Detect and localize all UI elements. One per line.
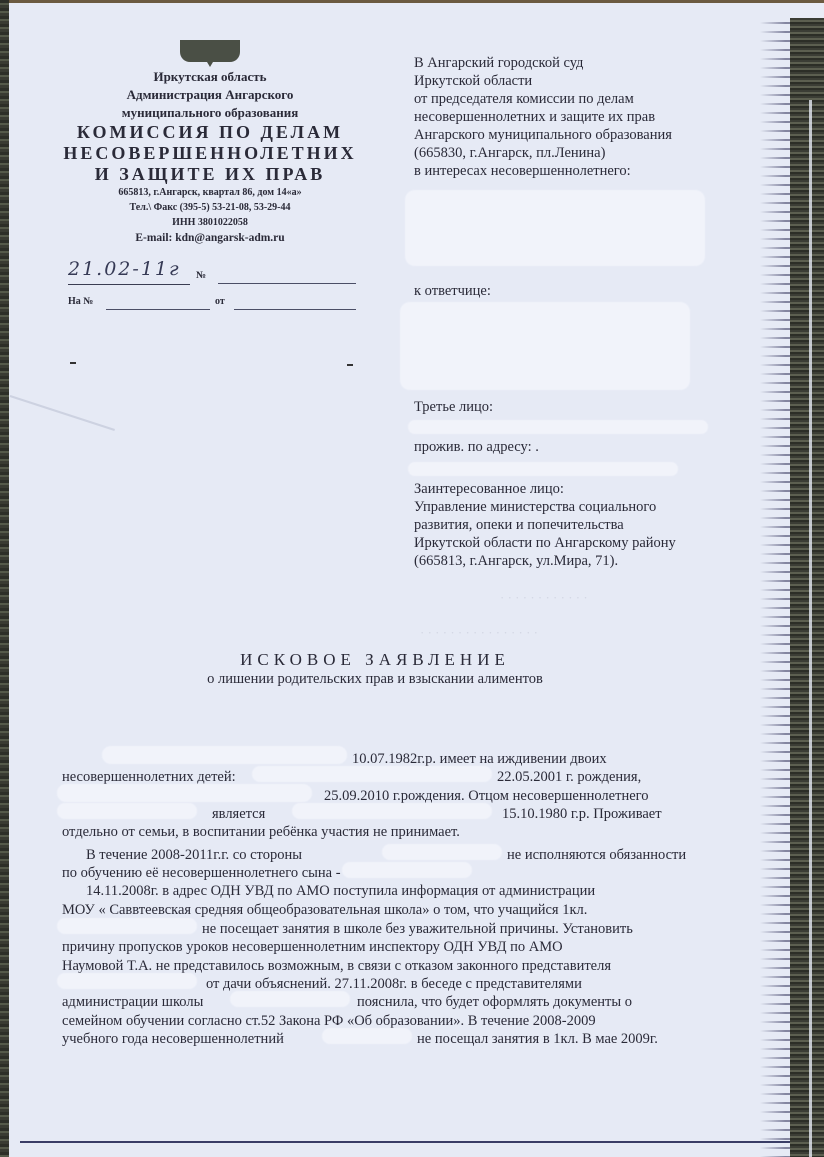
body-line: по обучению её несовершеннолетнего сына … <box>62 864 341 882</box>
redacted-name <box>57 803 197 819</box>
ref-from-label: от <box>215 296 225 307</box>
letterhead-inn: ИНН 3801022058 <box>60 215 360 230</box>
addressee-interested-2: развития, опеки и попечительства <box>414 516 624 534</box>
redacted-third-party <box>408 420 708 434</box>
letterhead-admin-2: муниципального образования <box>60 104 360 122</box>
body-line: не посещает занятия в школе без уважител… <box>202 920 633 938</box>
body-line: причину пропусков уроков несовершеннолет… <box>62 938 563 956</box>
addressee-third-party-label: Третье лицо: <box>414 398 493 416</box>
addressee-interested-4: (665813, г.Ангарск, ул.Мира, 71). <box>414 552 618 570</box>
redacted-name <box>102 746 347 764</box>
page-bottom-rule <box>20 1141 810 1143</box>
addressee-from-2: несовершеннолетних и защите их прав <box>414 108 655 126</box>
redacted-name <box>252 766 492 782</box>
body-line: не исполняются обязанности <box>507 846 686 864</box>
redacted-name <box>57 973 197 989</box>
body-line: отдельно от семьи, в воспитании ребёнка … <box>62 823 460 841</box>
addressee-defendant-label: к ответчице: <box>414 282 491 300</box>
redacted-minor-info <box>405 190 705 266</box>
body-line: МОУ « Саввтеевская средняя общеобразоват… <box>62 901 587 919</box>
bleed-through-text: · · · · · · · · · · · · · · · · <box>420 625 538 641</box>
scan-right-fringe <box>760 18 792 1157</box>
redacted-name <box>57 918 197 934</box>
number-label: № <box>196 270 206 281</box>
scan-left-edge <box>0 0 9 1157</box>
scan-right-edge <box>790 18 824 1157</box>
letterhead-admin-1: Администрация Ангарского <box>60 86 360 104</box>
addressee-interested-label: Заинтересованное лицо: <box>414 480 564 498</box>
addressee-court-2: Иркутской области <box>414 72 532 90</box>
document-title: ИСКОВОЕ ЗАЯВЛЕНИЕ <box>0 650 750 670</box>
letterhead-phone: Тел.\ Факс (395-5) 53-21-08, 53-29-44 <box>60 200 360 215</box>
redacted-defendant-info <box>400 302 690 390</box>
ref-date-line <box>234 309 356 310</box>
coat-of-arms-icon <box>180 40 240 62</box>
body-line: является <box>212 805 265 823</box>
body-line: 15.10.1980 г.р. Проживает <box>502 805 662 823</box>
reference-row: На № от <box>68 296 358 316</box>
body-line: не посещал занятия в 1кл. В мае 2009г. <box>417 1030 658 1048</box>
body-line: 14.11.2008г. в адрес ОДН УВД по АМО пост… <box>86 882 595 900</box>
letterhead-commission-3: И ЗАЩИТЕ ИХ ПРАВ <box>60 164 360 185</box>
scan-right-slit <box>809 100 812 1157</box>
ref-number-label: На № <box>68 296 93 307</box>
body-line: администрации школы <box>62 993 203 1011</box>
addressee-from-1: от председателя комиссии по делам <box>414 90 634 108</box>
ref-number-line <box>106 309 210 310</box>
document-subtitle: о лишении родительских прав и взыскании … <box>0 671 750 688</box>
corner-mark-right <box>347 364 353 371</box>
addressee-interested-1: Управление министерства социального <box>414 498 656 516</box>
letterhead-address: 665813, г.Ангарск, квартал 86, дом 14«а» <box>60 185 360 200</box>
body-line: В течение 2008-2011г.г. со стороны <box>86 846 302 864</box>
redacted-name <box>322 1028 412 1044</box>
body-line: 22.05.2001 г. рождения, <box>497 768 641 786</box>
corner-mark-left <box>70 362 76 369</box>
letterhead-commission-2: НЕСОВЕРШЕННОЛЕТНИХ <box>60 143 360 164</box>
addressee-court-1: В Ангарский городской суд <box>414 54 583 72</box>
bleed-through-text: · · · · · · · · · · · · <box>500 590 588 606</box>
letterhead-region: Иркутская область <box>60 68 360 86</box>
body-line: учебного года несовершеннолетний <box>62 1030 284 1048</box>
addressee-residence-label: прожив. по адресу: . <box>414 438 539 456</box>
addressee-interested-3: Иркутской области по Ангарскому району <box>414 534 676 552</box>
redacted-name <box>57 784 312 802</box>
addressee-from-3: Ангарского муниципального образования <box>414 126 672 144</box>
body-line: пояснила, что будет оформлять документы … <box>357 993 632 1011</box>
redacted-name <box>230 991 350 1007</box>
redacted-name <box>342 862 472 878</box>
letterhead-commission-1: КОМИССИЯ ПО ДЕЛАМ <box>60 122 360 143</box>
letterhead: Иркутская область Администрация Ангарско… <box>60 40 360 247</box>
document-body: 10.07.1982г.р. имеет на иждивении двоих … <box>62 750 712 1130</box>
outgoing-number-row: 21.02-11г № <box>68 258 358 286</box>
letterhead-email: E-mail: kdn@angarsk-adm.ru <box>60 230 360 247</box>
redacted-name <box>292 803 492 819</box>
addressee-from-4: (665830, г.Ангарск, пл.Ленина) <box>414 144 605 162</box>
addressee-interest-label: в интересах несовершеннолетнего: <box>414 162 631 180</box>
redacted-name <box>382 844 502 860</box>
number-field-line <box>218 283 356 284</box>
redacted-residence <box>408 462 678 476</box>
handwritten-date: 21.02-11г <box>68 258 190 285</box>
